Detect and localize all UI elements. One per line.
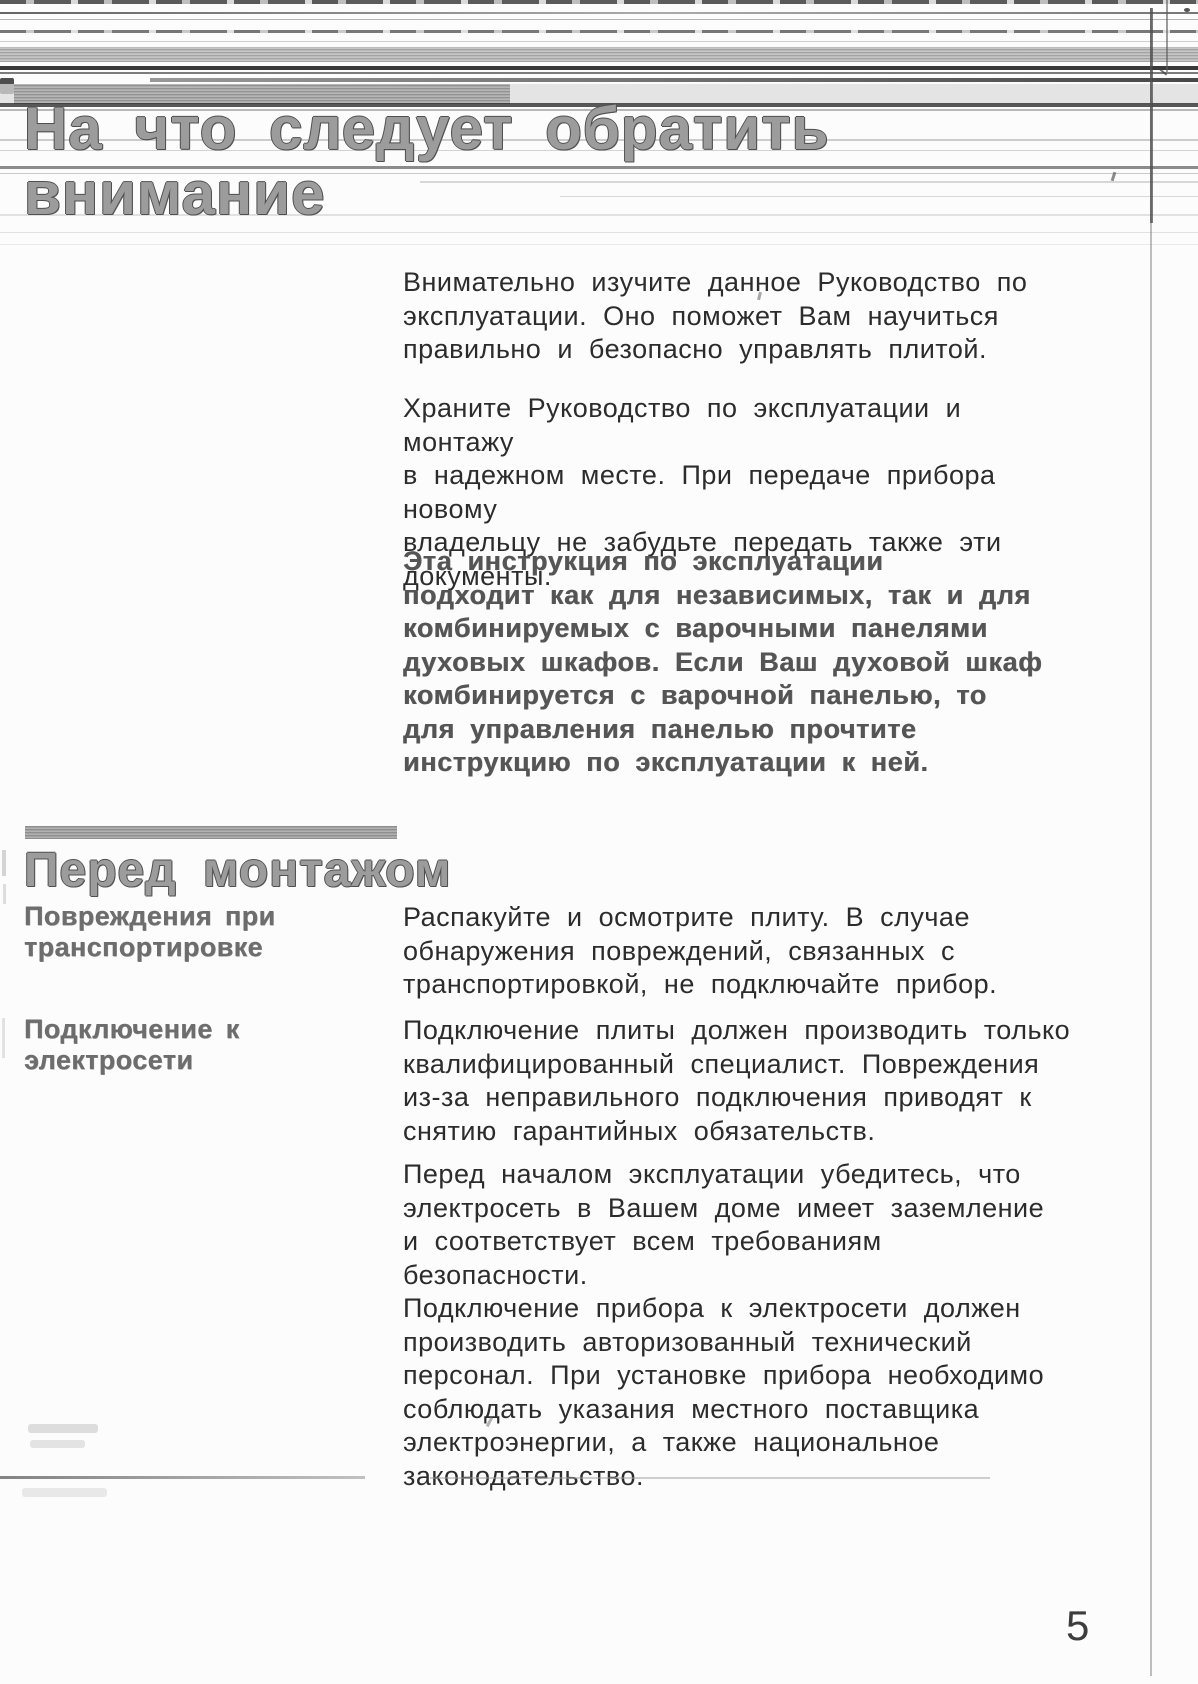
scan-artifact-vertical-line-dark [1150,8,1153,223]
intro-paragraph-1: Внимательно изучите данное Руководство п… [403,266,1075,367]
section-divider-bar [25,826,397,839]
scan-artifact-gray-band [0,47,1198,62]
scan-artifact-line [0,19,1198,20]
transport-damage-paragraph: Распакуйте и осмотрите плиту. В случае о… [403,901,1075,1002]
scan-artifact-speck [1111,172,1117,181]
scan-artifact-line [150,78,1198,82]
scan-artifact-vertical-line [1150,8,1152,1676]
page-number: 5 [1066,1602,1090,1650]
scan-artifact-line [0,30,1198,33]
scan-artifact-mark [0,78,14,94]
scan-artifact-line [0,232,1198,233]
scan-artifact-line [0,72,1198,74]
scanned-manual-page: { "document": { "language": "ru", "kind"… [0,0,1198,1684]
scan-artifact-line [0,244,1198,245]
scan-artifact-margin-mark [3,884,6,904]
mains-connection-paragraph-1: Подключение плиты должен производить тол… [403,1014,1075,1148]
intro-paragraph-3-bold: Эта инструкция по эксплуатации подходит … [403,545,1075,780]
scan-artifact-smudge [30,1440,85,1448]
scan-artifact-line [0,1476,365,1479]
sidebar-label-mains-connection: Подключение к электросети [24,1014,374,1076]
scan-artifact-speck [1184,8,1190,12]
scan-artifact-top-line [0,0,1198,4]
page-title: На что следует обратить внимание [24,96,829,226]
mains-connection-paragraph-2: Перед началом эксплуатации убедитесь, чт… [403,1158,1075,1493]
scan-artifact-line [0,41,1198,42]
section-heading: Перед монтажом [24,845,451,897]
scan-artifact-line [0,12,1198,14]
scan-artifact-margin-mark [2,1018,5,1058]
scan-artifact-tick [1157,66,1167,75]
scan-artifact-margin-mark [2,850,6,876]
sidebar-label-transport-damage: Повреждения при транспортировке [24,901,374,963]
scan-artifact-vertical-line [1166,0,1168,72]
scan-artifact-smudge [22,1488,107,1497]
scan-artifact-smudge [28,1424,98,1433]
scan-artifact-black-line [0,66,1198,70]
